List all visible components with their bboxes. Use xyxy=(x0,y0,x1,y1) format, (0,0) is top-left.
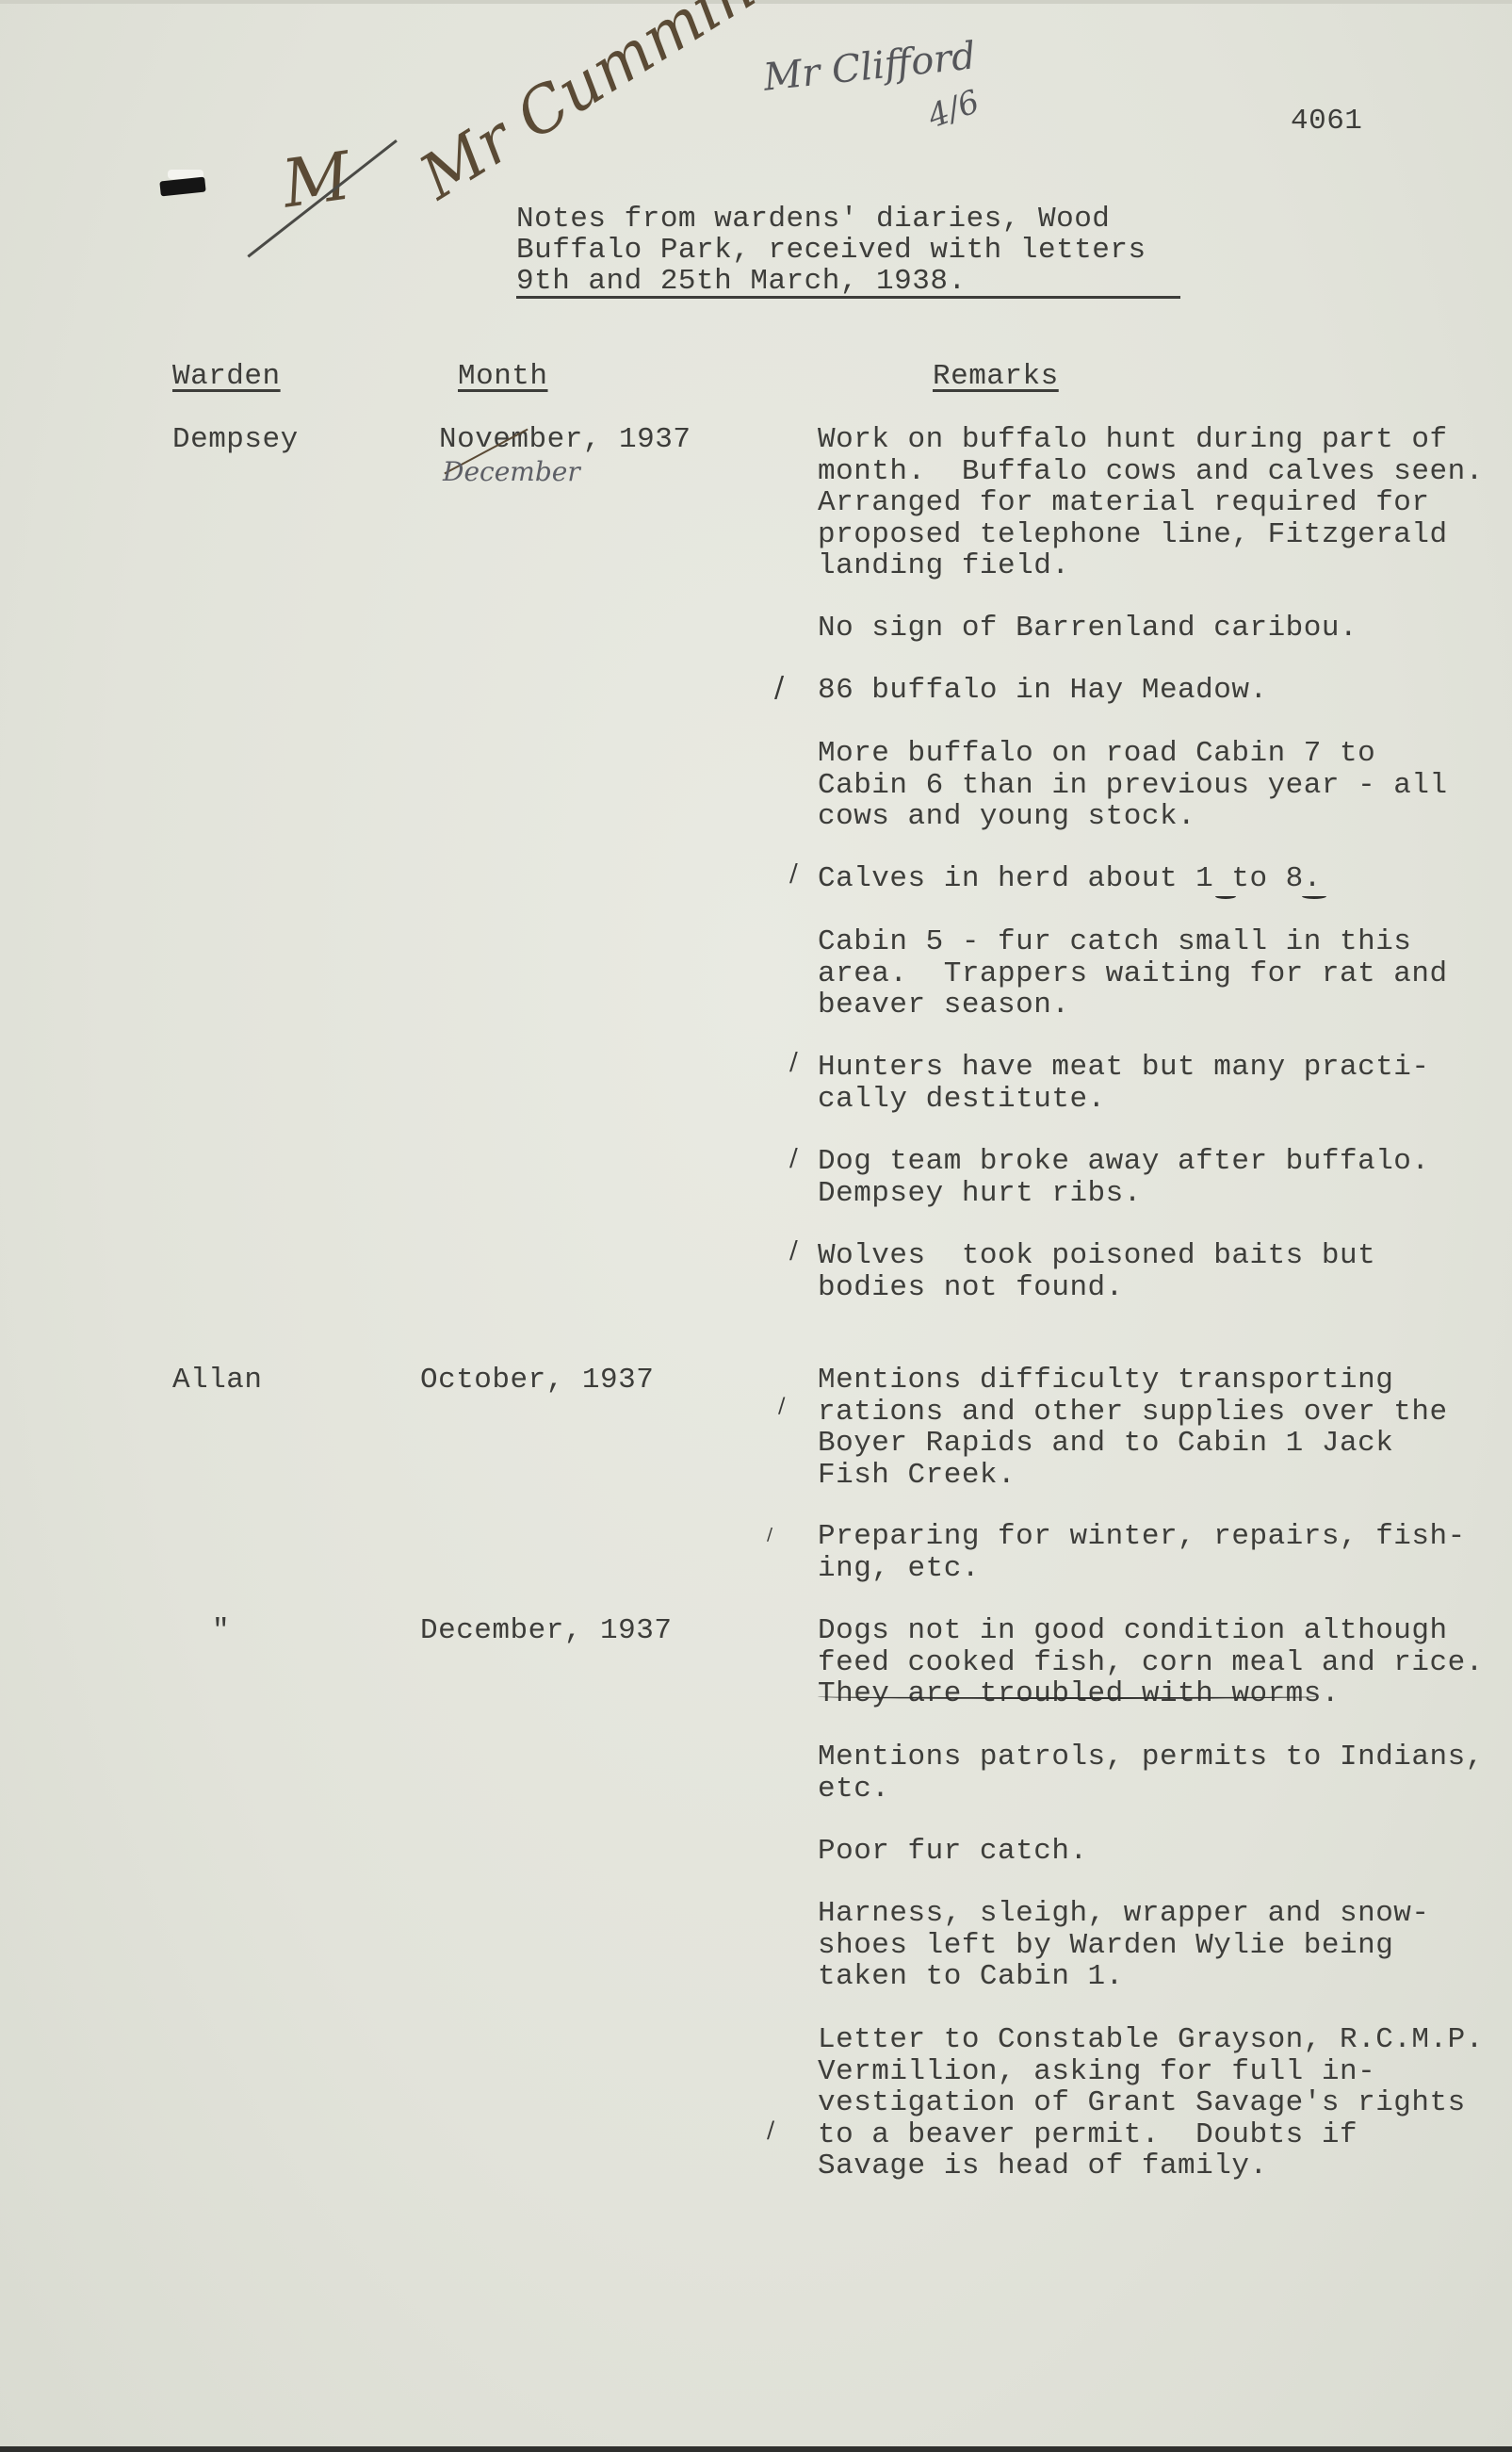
title-underline xyxy=(516,296,1180,299)
handwritten-routing-note: Mr Cummins xyxy=(408,0,794,214)
check-mark-icon: / xyxy=(789,859,798,888)
remark: Letter to Constable Grayson, R.C.M.P. Ve… xyxy=(818,2024,1496,2182)
column-header-month: Month xyxy=(458,361,548,393)
check-mark-icon: / xyxy=(767,2117,774,2143)
handwritten-month-correction: December xyxy=(443,456,580,487)
handwritten-underline xyxy=(1215,893,1236,899)
remark: Work on buffalo hunt during part of mont… xyxy=(818,424,1496,582)
ditto-mark: " xyxy=(212,1615,230,1647)
handwritten-underline xyxy=(818,1694,1317,1699)
entry-month: December, 1937 xyxy=(420,1615,672,1647)
remark: Mentions patrols, permits to Indians, et… xyxy=(818,1741,1496,1805)
remark: Preparing for winter, repairs, fish- ing… xyxy=(818,1521,1496,1584)
pencil-date-note: 4/6 xyxy=(923,83,984,136)
remark: Wolves took poisoned baits but bodies no… xyxy=(818,1240,1496,1303)
pencil-initials-note: Mr Clifford xyxy=(761,34,978,99)
column-header-remarks: Remarks xyxy=(933,361,1059,393)
title-line: Notes from wardens' diaries, Wood xyxy=(516,204,1110,236)
check-mark-icon: / xyxy=(778,1395,785,1418)
punch-hole-mark xyxy=(159,177,205,197)
check-mark-icon: / xyxy=(789,1236,798,1265)
entry-month: October, 1937 xyxy=(420,1365,654,1397)
title-line: 9th and 25th March, 1938. xyxy=(516,266,967,298)
remark: 86 buffalo in Hay Meadow. xyxy=(818,675,1496,707)
remark: Dog team broke away after buffalo. Demps… xyxy=(818,1146,1496,1209)
warden-name: Dempsey xyxy=(172,424,299,456)
remark: Harness, sleigh, wrapper and snow- shoes… xyxy=(818,1898,1496,1993)
check-mark-icon: / xyxy=(767,1525,772,1545)
check-mark-icon: / xyxy=(789,1144,798,1172)
remark: Mentions difficulty transporting rations… xyxy=(818,1365,1496,1491)
check-mark-icon: / xyxy=(789,1048,798,1076)
remark: Cabin 5 - fur catch small in this area. … xyxy=(818,926,1496,1022)
handwritten-underline xyxy=(1302,893,1326,899)
remark: More buffalo on road Cabin 7 to Cabin 6 … xyxy=(818,738,1496,833)
remark: Hunters have meat but many practi- cally… xyxy=(818,1052,1496,1115)
page-number: 4061 xyxy=(1291,106,1362,138)
remark: Calves in herd about 1 to 8. xyxy=(818,863,1496,895)
title-line: Buffalo Park, received with letters xyxy=(516,235,1146,267)
remark: No sign of Barrenland caribou. xyxy=(818,613,1496,645)
check-mark-icon: / xyxy=(774,671,784,704)
remark: Poor fur catch. xyxy=(818,1836,1496,1868)
warden-name: Allan xyxy=(172,1365,263,1397)
entry-month: November, 1937 xyxy=(439,424,691,456)
page-edge xyxy=(0,2446,1512,2452)
column-header-warden: Warden xyxy=(172,361,281,393)
